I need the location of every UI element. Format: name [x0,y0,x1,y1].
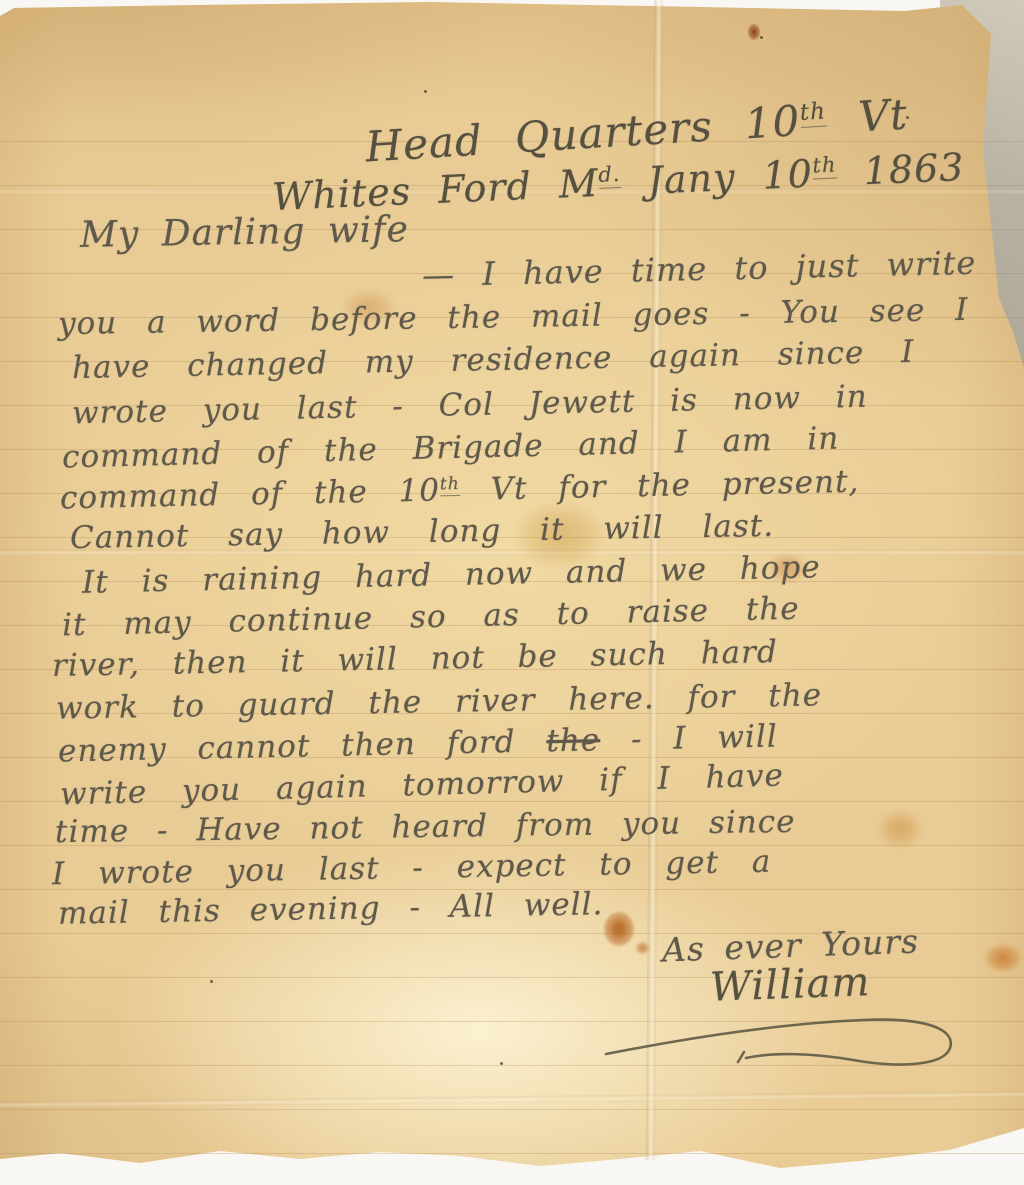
ordinal-superscript: th [799,98,827,128]
salutation: My Darling wife [80,209,410,256]
ink-speck [424,90,427,93]
heading-line-1-unit: Vt [825,89,909,143]
year-text: 1863 [836,145,966,195]
ordinal-superscript: d. [598,162,621,189]
letter-scan: Head Quarters 10th Vt Whites Ford Md. Ja… [0,0,1024,1185]
ink-speck [500,1062,503,1065]
ordinal-superscript: th [440,474,460,496]
signature-flourish [598,1002,988,1082]
body-line-text: - I will [600,718,778,758]
ordinal-superscript: th [812,153,837,180]
ink-speck [210,980,213,983]
struck-word: the [546,722,601,759]
ink-speck [760,36,763,39]
date-text: Jany 10 [620,152,814,204]
